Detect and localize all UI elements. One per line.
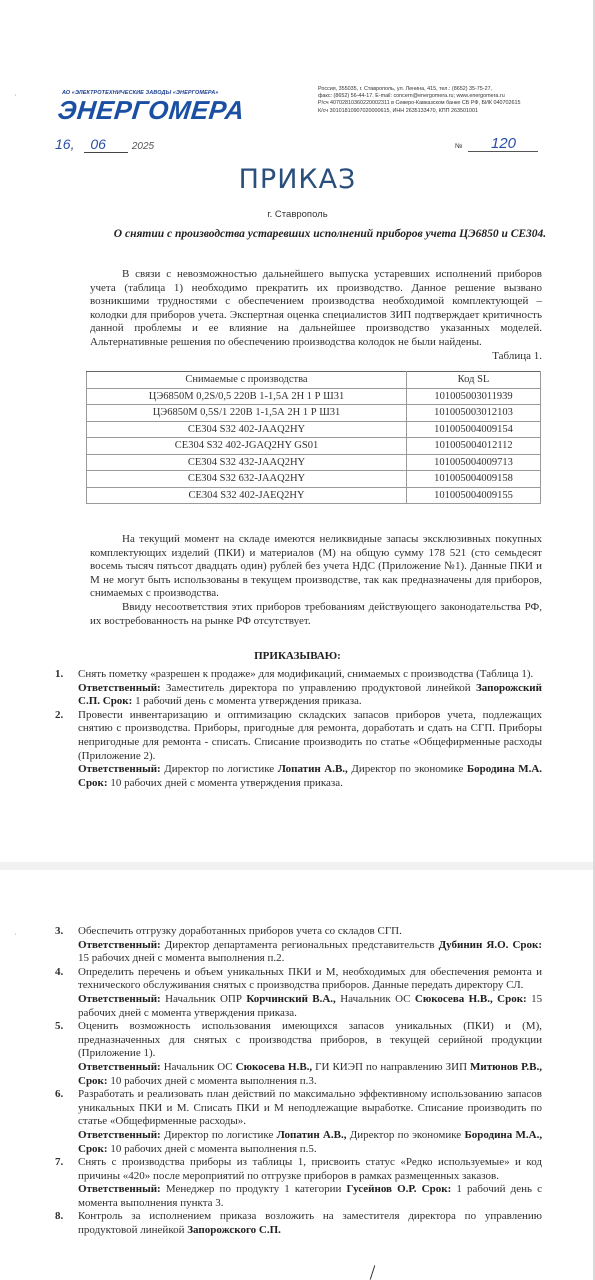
term-text: 10 рабочих дней с момента выполнения п.3… — [110, 1075, 316, 1087]
term-label: Срок: — [422, 1183, 452, 1195]
term-text: 15 рабочих дней с момента выполнения п.2… — [78, 952, 284, 964]
document-subject: О снятии с производства устаревших испол… — [100, 227, 560, 241]
responsible-label: Ответственный: — [78, 993, 161, 1005]
order-item: 4.Определить перечень и объем уникальных… — [55, 966, 542, 1020]
model-cell: ЦЭ6850М 0,5S/1 220В 1-1,5А 2Н 1 Р Ш31 — [87, 405, 407, 422]
code-cell: 101005003011939 — [407, 388, 541, 405]
item-body: Провести инвентаризацию и оптимизацию ск… — [78, 709, 542, 791]
responsible-label: Ответственный: — [78, 1183, 161, 1195]
responsibility-line: Ответственный: Менеджер по продукту 1 ка… — [78, 1183, 542, 1210]
responsibility-line: Ответственный: Начальник ОС Сюкосева Н.В… — [78, 1061, 542, 1088]
order-heading: ПРИКАЗЫВАЮ: — [0, 650, 595, 662]
item-number: 1. — [55, 668, 78, 709]
stock-section: На текущий момент на складе имеются нели… — [90, 533, 542, 628]
item-body: Обеспечить отгрузку доработанных приборо… — [78, 925, 542, 966]
order-date: 16, 06 2025 — [55, 136, 154, 153]
responsible-name: Сюкосева Н.В., — [236, 1061, 313, 1073]
order-item: 5.Оценить возможность использования имею… — [55, 1020, 542, 1088]
term-label: Срок: — [103, 695, 133, 707]
responsible-name: Митюнов Р.В., — [470, 1061, 542, 1073]
item-text: Обеспечить отгрузку доработанных приборо… — [78, 925, 402, 937]
item-number: 3. — [55, 925, 78, 966]
code-cell: 101005003012103 — [407, 405, 541, 422]
responsible-name: Бородина М.А., — [464, 1129, 542, 1141]
item-body: Разработать и реализовать план действий … — [78, 1088, 542, 1156]
term-label: Срок: — [497, 993, 527, 1005]
item-number: 8. — [55, 1210, 78, 1237]
responsible-label: Ответственный: — [78, 682, 161, 694]
responsible-name: Гусейнов О.Р. — [347, 1183, 417, 1195]
item-number: 5. — [55, 1020, 78, 1088]
document-city: г. Ставрополь — [0, 209, 595, 220]
responsible-name: Лопатин А.В., — [277, 1129, 347, 1141]
term-label: Срок: — [78, 1075, 108, 1087]
order-item: 8.Контроль за исполнением приказа возлож… — [55, 1210, 542, 1237]
responsible-name: Сюкосева Н.В., — [415, 993, 493, 1005]
item-text: Контроль за исполнением приказа возложит… — [78, 1210, 542, 1236]
column-header-code: Код SL — [407, 372, 541, 389]
date-year: 2025 — [132, 141, 154, 152]
responsible-position: Начальник ОС — [164, 1061, 233, 1073]
model-cell: CE304 S32 402-JAEQ2HY — [87, 487, 407, 504]
term-text: 10 рабочих дней с момента выполнения п.5… — [110, 1143, 316, 1155]
responsible-label: Ответственный: — [78, 939, 161, 951]
table-row: ЦЭ6850М 0,2S/0,5 220В 1-1,5А 2Н 1 Р Ш311… — [87, 388, 541, 405]
table-row: CE304 S32 402-JAAQ2HY101005004009154 — [87, 421, 541, 438]
code-cell: 101005004009155 — [407, 487, 541, 504]
responsible-label: Ответственный: — [78, 1129, 161, 1141]
responsibility-line: Ответственный: Заместитель директора по … — [78, 682, 542, 709]
table-header-row: Снимаемые с производства Код SL — [87, 372, 541, 389]
order-item: 3.Обеспечить отгрузку доработанных прибо… — [55, 925, 542, 966]
model-cell: CE304 S32 432-JAAQ2HY — [87, 454, 407, 471]
number-value: 120 — [468, 137, 538, 152]
item-text: Определить перечень и объем уникальных П… — [78, 966, 542, 992]
responsible-name: Дубинин Я.О. — [439, 939, 509, 951]
column-header-model: Снимаемые с производства — [87, 372, 407, 389]
code-cell: 101005004009158 — [407, 471, 541, 488]
responsible-position: Директор по логистике — [164, 1129, 273, 1141]
scan-mark: ˌ — [14, 925, 17, 935]
order-items-page-2: 3.Обеспечить отгрузку доработанных прибо… — [55, 925, 542, 1238]
term-label: Срок: — [512, 939, 542, 951]
contact-line: факс: (8652) 56-44-17. E-mail: concern@e… — [318, 93, 595, 100]
company-logo: ЭНЕРГОМЕРА — [57, 97, 246, 123]
table-row: CE304 S32 632-JAAQ2HY101005004009158 — [87, 471, 541, 488]
responsibility-line: Ответственный: Директор по логистике Лоп… — [78, 1129, 542, 1156]
contact-line: К/сч 30101810907020000615, ИНН 263513347… — [318, 108, 595, 115]
item-body: Оценить возможность использования имеющи… — [78, 1020, 542, 1088]
responsible-label: Ответственный: — [78, 763, 161, 775]
responsibility-line: Ответственный: Директор по логистике Лоп… — [78, 763, 542, 790]
table-row: CE304 S32 402-JAEQ2HY101005004009155 — [87, 487, 541, 504]
model-cell: CE304 S32 402-JGAQ2HY GS01 — [87, 438, 407, 455]
responsibility-line: Ответственный: Директор департамента рег… — [78, 939, 542, 966]
model-cell: CE304 S32 402-JAAQ2HY — [87, 421, 407, 438]
item-body: Определить перечень и объем уникальных П… — [78, 966, 542, 1020]
item-text: Снять с производства приборы из таблицы … — [78, 1156, 542, 1182]
item-body: Снять пометку «разрешен к продаже» для м… — [78, 668, 542, 709]
responsible-position: ГИ КИЭП по направлению ЗИП — [315, 1061, 467, 1073]
code-cell: 101005004009154 — [407, 421, 541, 438]
company-contacts: Россия, 355035, г. Ставрополь, ул. Ленин… — [318, 86, 595, 115]
responsible-position: Директор по экономике — [350, 1129, 461, 1141]
item-text: Снять пометку «разрешен к продаже» для м… — [78, 668, 533, 680]
table-row: CE304 S32 402-JGAQ2HY GS0110100500401211… — [87, 438, 541, 455]
date-day: 16, — [55, 136, 74, 152]
item-number: 6. — [55, 1088, 78, 1156]
table-caption: Таблица 1. — [470, 350, 542, 362]
order-item: 2.Провести инвентаризацию и оптимизацию … — [55, 709, 542, 791]
table-row: CE304 S32 432-JAAQ2HY101005004009713 — [87, 454, 541, 471]
number-label: № — [455, 143, 463, 150]
responsible-position: Директор по экономике — [351, 763, 463, 775]
compliance-paragraph: Ввиду несоответствия этих приборов требо… — [90, 601, 542, 628]
item-text: Провести инвентаризацию и оптимизацию ск… — [78, 709, 542, 762]
item-body: Контроль за исполнением приказа возложит… — [78, 1210, 542, 1237]
responsible-position: Менеджер по продукту 1 категории — [166, 1183, 342, 1195]
term-label: Срок: — [78, 777, 108, 789]
item-number: 2. — [55, 709, 78, 791]
document-title: ПРИКАЗ — [0, 164, 595, 195]
order-items-page-1: 1.Снять пометку «разрешен к продаже» для… — [55, 668, 542, 790]
code-cell: 101005004012112 — [407, 438, 541, 455]
responsible-position: Директор департамента региональных предс… — [165, 939, 435, 951]
order-number: № 120 — [455, 137, 538, 152]
term-label: Срок: — [78, 1143, 108, 1155]
discontinued-table: Снимаемые с производства Код SL ЦЭ6850М … — [86, 371, 541, 504]
date-month: 06 — [84, 136, 128, 153]
responsible-position: Директор по логистике — [164, 763, 274, 775]
item-text: Разработать и реализовать план действий … — [78, 1088, 542, 1127]
page-separator — [0, 862, 595, 870]
order-item: 7.Снять с производства приборы из таблиц… — [55, 1156, 542, 1210]
item-number: 4. — [55, 966, 78, 1020]
responsible-position: Начальник ОПР — [165, 993, 242, 1005]
scan-mark: ˌ — [14, 86, 17, 96]
item-number: 7. — [55, 1156, 78, 1210]
order-item: 1.Снять пометку «разрешен к продаже» для… — [55, 668, 542, 709]
responsible-name: Запорожского С.П. — [187, 1224, 281, 1236]
responsible-name: Лопатин А.В., — [278, 763, 348, 775]
term-text: 10 рабочих дней с момента утверждения пр… — [110, 777, 343, 789]
contact-line: Россия, 355035, г. Ставрополь, ул. Ленин… — [318, 86, 595, 93]
intro-paragraph: В связи с невозможностью дальнейшего вып… — [90, 268, 542, 350]
term-text: 1 рабочий день с момента утверждения при… — [135, 695, 362, 707]
stock-paragraph: На текущий момент на складе имеются нели… — [90, 533, 542, 601]
model-cell: ЦЭ6850М 0,2S/0,5 220В 1-1,5А 2Н 1 Р Ш31 — [87, 388, 407, 405]
responsibility-line: Ответственный: Начальник ОПР Корчинский … — [78, 993, 542, 1020]
responsible-name: Корчинский В.А., — [246, 993, 335, 1005]
item-body: Снять с производства приборы из таблицы … — [78, 1156, 542, 1210]
responsible-position: Заместитель директора по управлению прод… — [166, 682, 471, 694]
responsible-label: Ответственный: — [78, 1061, 161, 1073]
contact-line: Р/сч 40702810360220002311 в Северо-Кавка… — [318, 100, 595, 107]
model-cell: CE304 S32 632-JAAQ2HY — [87, 471, 407, 488]
table-row: ЦЭ6850М 0,5S/1 220В 1-1,5А 2Н 1 Р Ш31101… — [87, 405, 541, 422]
responsible-name: Бородина М.А. — [467, 763, 542, 775]
item-text: Оценить возможность использования имеющи… — [78, 1020, 542, 1059]
code-cell: 101005004009713 — [407, 454, 541, 471]
responsible-position: Начальник ОС — [340, 993, 410, 1005]
order-item: 6.Разработать и реализовать план действи… — [55, 1088, 542, 1156]
